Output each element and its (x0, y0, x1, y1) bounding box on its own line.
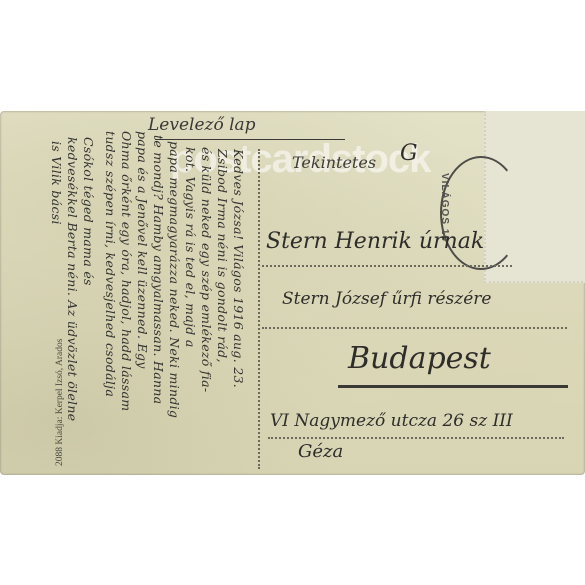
message-line: tudsz szépen írni, kedvesjelhed csodálja (103, 131, 118, 397)
message-line: is Vilik bácsi (49, 141, 64, 225)
address-line-1: Stern Henrik úrnak (266, 229, 484, 254)
address-street: VI Nagymező utcza 26 sz III (270, 411, 513, 431)
signature: Géza (298, 441, 343, 462)
address-initial: G (400, 141, 418, 166)
address-rule-3 (268, 437, 564, 439)
message-line: papa megmagyarázza neked. Neki mindig (167, 141, 182, 418)
message-line: kedvesékkel Berta néni. Az üdvözlet ölel… (65, 137, 80, 421)
address-salutation: Tekintetes (292, 153, 376, 172)
address-city: Budapest (348, 341, 491, 376)
message-line: Ohma őrként egy óra, hadjol, hadd lássam (119, 131, 134, 411)
address-rule-1 (262, 265, 512, 267)
postcard-back: postcardstock Levelező lap Kedves Józsa!… (0, 111, 585, 475)
message-line: és küld neked egy szép emlékező fia- (199, 147, 214, 392)
divider-line (258, 149, 260, 469)
address-rule-2 (262, 327, 567, 329)
message-line: Csókol téged mama és (81, 137, 96, 286)
message-block: Kedves Józsa! Világos 1916 aug. 23. Zsib… (18, 127, 248, 467)
message-line: papa és a Jenővel kell üzenned. Egy (135, 131, 150, 369)
address-line-2: Stern József űrfi részére (282, 289, 491, 309)
publisher-imprint: 2088 Kiadja: Kerpel Izsó, Arados (55, 339, 65, 466)
city-underline (338, 385, 568, 388)
message-line: Zsibod Irma néni is gondolt rád, (215, 149, 230, 363)
message-line: Kedves Józsa! Világos 1916 aug. 23. (231, 149, 246, 388)
message-line: kot. Vagyis rá is ted el, majd a (183, 147, 198, 348)
message-line: te mondj? Hamby amgyalmassan. Hanna (151, 135, 166, 404)
